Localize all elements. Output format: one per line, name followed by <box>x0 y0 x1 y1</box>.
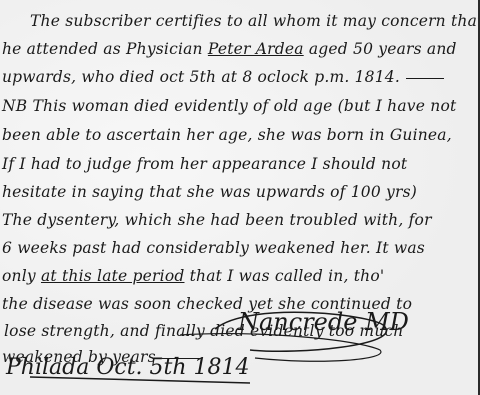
signature-flourish <box>0 0 480 395</box>
document-page: The subscriber certifies to all whom it … <box>0 0 480 395</box>
